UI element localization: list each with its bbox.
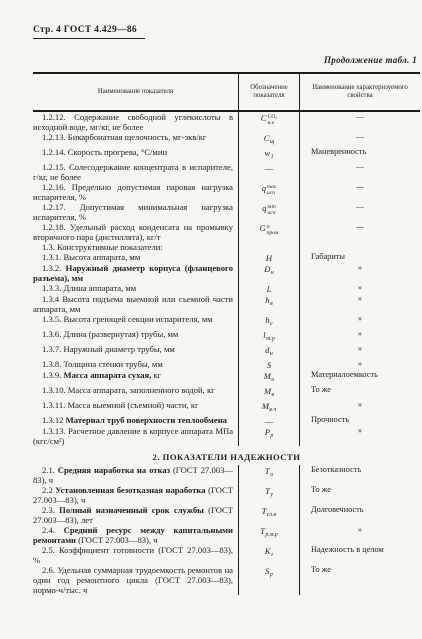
indicator-symbol: Tу — [238, 485, 299, 505]
indicator-name: 1.3.2. Наружный диаметр корпуса (фланцев… — [33, 263, 238, 283]
property-name: То же — [299, 485, 420, 505]
indicator-name: 1.3. Конструктивные показатели: — [33, 242, 238, 252]
property-name: То же — [299, 385, 420, 400]
indicator-symbol: qmaxисп — [238, 182, 299, 202]
indicator-name: 1.2.13. Бикарбонатная щелочность, мг-экв… — [33, 132, 238, 147]
indicator-name: 1.2.12. Содержание свободной углекислоты… — [33, 112, 238, 132]
table-body: 1.2.12. Содержание свободной углекислоты… — [33, 112, 420, 595]
section-heading: 2. ПОКАЗАТЕЛИ НАДЕЖНОСТИ — [33, 446, 420, 465]
indicator-name: 1.3.8. Толщина стенки трубы, мм — [33, 359, 238, 370]
indicator-name: 1.2.16. Предельно допустимая паровая наг… — [33, 182, 238, 202]
property-name: » — [299, 329, 420, 344]
table-row: 1.2.14. Скорость прогрева, °С/мин w1 Ман… — [33, 147, 420, 162]
table-row: 1.3.2. Наружный диаметр корпуса (фланцев… — [33, 263, 420, 283]
indicator-name: 1.3.11. Масса выемной (съемной) части, к… — [33, 400, 238, 415]
indicator-name: 1.2.14. Скорость прогрева, °С/мин — [33, 147, 238, 162]
table-row: 1.3.5. Высота греющей секции испарителя,… — [33, 314, 420, 329]
property-name: » — [299, 314, 420, 329]
table-row: 1.3.6. Длина (развернутая) трубы, мм lт.… — [33, 329, 420, 344]
indicator-symbol: — — [238, 415, 299, 426]
table-continuation-caption: Продолжение табл. 1 — [324, 55, 417, 65]
indicator-symbol: Pр — [238, 426, 299, 446]
table-row: 1.2.13. Бикарбонатная щелочность, мг-экв… — [33, 132, 420, 147]
indicator-symbol: w1 — [238, 147, 299, 162]
property-name: Маневренность — [299, 147, 420, 162]
indicator-name: 1.3.7. Наружный диаметр трубы, мм — [33, 344, 238, 359]
indicator-name: 2.6. Удельная суммарная трудоемкость рем… — [33, 565, 238, 595]
indicator-symbol: Mв — [238, 385, 299, 400]
indicator-symbol: lт.р — [238, 329, 299, 344]
indicator-name: 1.3.10. Масса аппарата, заполненного вод… — [33, 385, 238, 400]
table-row: 1.3.3. Длина аппарата, мм L » — [33, 283, 420, 294]
indicator-name: 1.2.17. Допустимая минимальная нагрузка … — [33, 202, 238, 222]
table-row: 2.5. Коэффициент готовности (ГОСТ 27.003… — [33, 545, 420, 565]
table-row: 1.3. Конструктивные показатели: — [33, 242, 420, 252]
table-row: 1.3.10. Масса аппарата, заполненного вод… — [33, 385, 420, 400]
indicator-symbol: qminисп — [238, 202, 299, 222]
table-row: 2.1. Средняя наработка на отказ (ГОСТ 27… — [33, 465, 420, 485]
column-header-symbol: Обозначение показателя — [238, 74, 299, 110]
property-name: » — [299, 400, 420, 415]
indicator-name: 1.3.3. Длина аппарата, мм — [33, 283, 238, 294]
indicator-symbol: — — [238, 162, 299, 182]
table-row: 1.3.9. Масса аппарата сухая, кг Mо Матер… — [33, 370, 420, 385]
indicator-name: 1.3.9. Масса аппарата сухая, кг — [33, 370, 238, 385]
indicators-table: Наименование показателя Обозначение пока… — [33, 72, 420, 595]
indicator-name: 1.3.1. Высота аппарата, мм — [33, 252, 238, 263]
property-name: » — [299, 359, 420, 370]
indicator-symbol: Gппром — [238, 222, 299, 242]
indicator-symbol: Kг — [238, 545, 299, 565]
property-name: » — [299, 426, 420, 446]
indicator-name: 1.3.13. Расчетное давление в корпусе апп… — [33, 426, 238, 446]
property-name: Материалоемкость — [299, 370, 420, 385]
property-name: » — [299, 344, 420, 359]
property-name: Габариты — [299, 252, 420, 263]
table-row: 1.3.7. Наружный диаметр трубы, мм dн » — [33, 344, 420, 359]
indicator-name: 1.3.4 Высота подъема выемной или съемной… — [33, 294, 238, 314]
indicator-symbol: Mв.ч — [238, 400, 299, 415]
table-row: 2.2 Установленная безотказная наработка … — [33, 485, 420, 505]
indicator-symbol: H — [238, 252, 299, 263]
table-row: 1.3.11. Масса выемной (съемной) части, к… — [33, 400, 420, 415]
indicator-symbol — [238, 242, 299, 252]
indicator-name: 1.2.15. Солесодержание концентрата в исп… — [33, 162, 238, 182]
table-row: 1.2.16. Предельно допустимая паровая наг… — [33, 182, 420, 202]
property-name: » — [299, 525, 420, 545]
table-row: 1.3.8. Толщина стенки трубы, мм S » — [33, 359, 420, 370]
property-name: — — [299, 182, 420, 202]
section-heading-row: 2. ПОКАЗАТЕЛИ НАДЕЖНОСТИ — [33, 446, 420, 465]
property-name: — — [299, 222, 420, 242]
indicator-symbol: dн — [238, 344, 299, 359]
column-header-indicator-name: Наименование показателя — [33, 74, 238, 110]
indicator-symbol: L — [238, 283, 299, 294]
indicator-name: 1.3.5. Высота греющей секции испарителя,… — [33, 314, 238, 329]
document-page: Стр. 4 ГОСТ 4.429—86 Продолжение табл. 1… — [0, 0, 422, 639]
table-row: 1.3.1. Высота аппарата, мм H Габариты — [33, 252, 420, 263]
table-row: 1.3.4 Высота подъема выемной или съемной… — [33, 294, 420, 314]
property-name: Безотказность — [299, 465, 420, 485]
property-name — [299, 242, 420, 252]
indicator-symbol: Tр.м.р — [238, 525, 299, 545]
table-row: 1.2.12. Содержание свободной углекислоты… — [33, 112, 420, 132]
indicator-symbol: Dн — [238, 263, 299, 283]
property-name: — — [299, 112, 420, 132]
indicator-symbol: Cщ — [238, 132, 299, 147]
property-name: Надежность в целом — [299, 545, 420, 565]
indicator-symbol: S — [238, 359, 299, 370]
table-row: 2.6. Удельная суммарная трудоемкость рем… — [33, 565, 420, 595]
indicator-symbol: hв — [238, 294, 299, 314]
table-row: 1.3.12 Материал труб поверхности теплооб… — [33, 415, 420, 426]
property-name: » — [299, 294, 420, 314]
indicator-name: 1.2.18. Удельный расход конденсата на пр… — [33, 222, 238, 242]
indicator-symbol: Tо — [238, 465, 299, 485]
page-header: Стр. 4 ГОСТ 4.429—86 — [33, 25, 145, 39]
indicator-symbol: CCO₂н.в — [238, 112, 299, 132]
indicator-name: 1.3.12 Материал труб поверхности теплооб… — [33, 415, 238, 426]
indicator-name: 1.3.6. Длина (развернутая) трубы, мм — [33, 329, 238, 344]
property-name: Долговечность — [299, 505, 420, 525]
indicator-name: 2.3. Полный назначенный срок службы (ГОС… — [33, 505, 238, 525]
table-row: 2.4. Средний ресурс между капитальными р… — [33, 525, 420, 545]
indicator-name: 2.4. Средний ресурс между капитальными р… — [33, 525, 238, 545]
property-name: » — [299, 283, 420, 294]
property-name: — — [299, 162, 420, 182]
indicator-symbol: Sр — [238, 565, 299, 595]
property-name: — — [299, 202, 420, 222]
indicator-symbol: hс — [238, 314, 299, 329]
indicator-name: 2.5. Коэффициент готовности (ГОСТ 27.003… — [33, 545, 238, 565]
table-row: 2.3. Полный назначенный срок службы (ГОС… — [33, 505, 420, 525]
table-row: 1.2.17. Допустимая минимальная нагрузка … — [33, 202, 420, 222]
table-row: 1.2.15. Солесодержание концентрата в исп… — [33, 162, 420, 182]
table-row: 1.3.13. Расчетное давление в корпусе апп… — [33, 426, 420, 446]
column-header-property: Наименование характеризуемого свойства — [299, 74, 420, 110]
property-name: Прочность — [299, 415, 420, 426]
indicator-name: 2.1. Средняя наработка на отказ (ГОСТ 27… — [33, 465, 238, 485]
indicator-name: 2.2 Установленная безотказная наработка … — [33, 485, 238, 505]
property-name: » — [299, 263, 420, 283]
indicator-symbol: Mо — [238, 370, 299, 385]
table-row: 1.2.18. Удельный расход конденсата на пр… — [33, 222, 420, 242]
indicator-symbol: Tсл.н — [238, 505, 299, 525]
property-name: — — [299, 132, 420, 147]
property-name: То же — [299, 565, 420, 595]
table-header-row: Наименование показателя Обозначение пока… — [33, 74, 420, 112]
